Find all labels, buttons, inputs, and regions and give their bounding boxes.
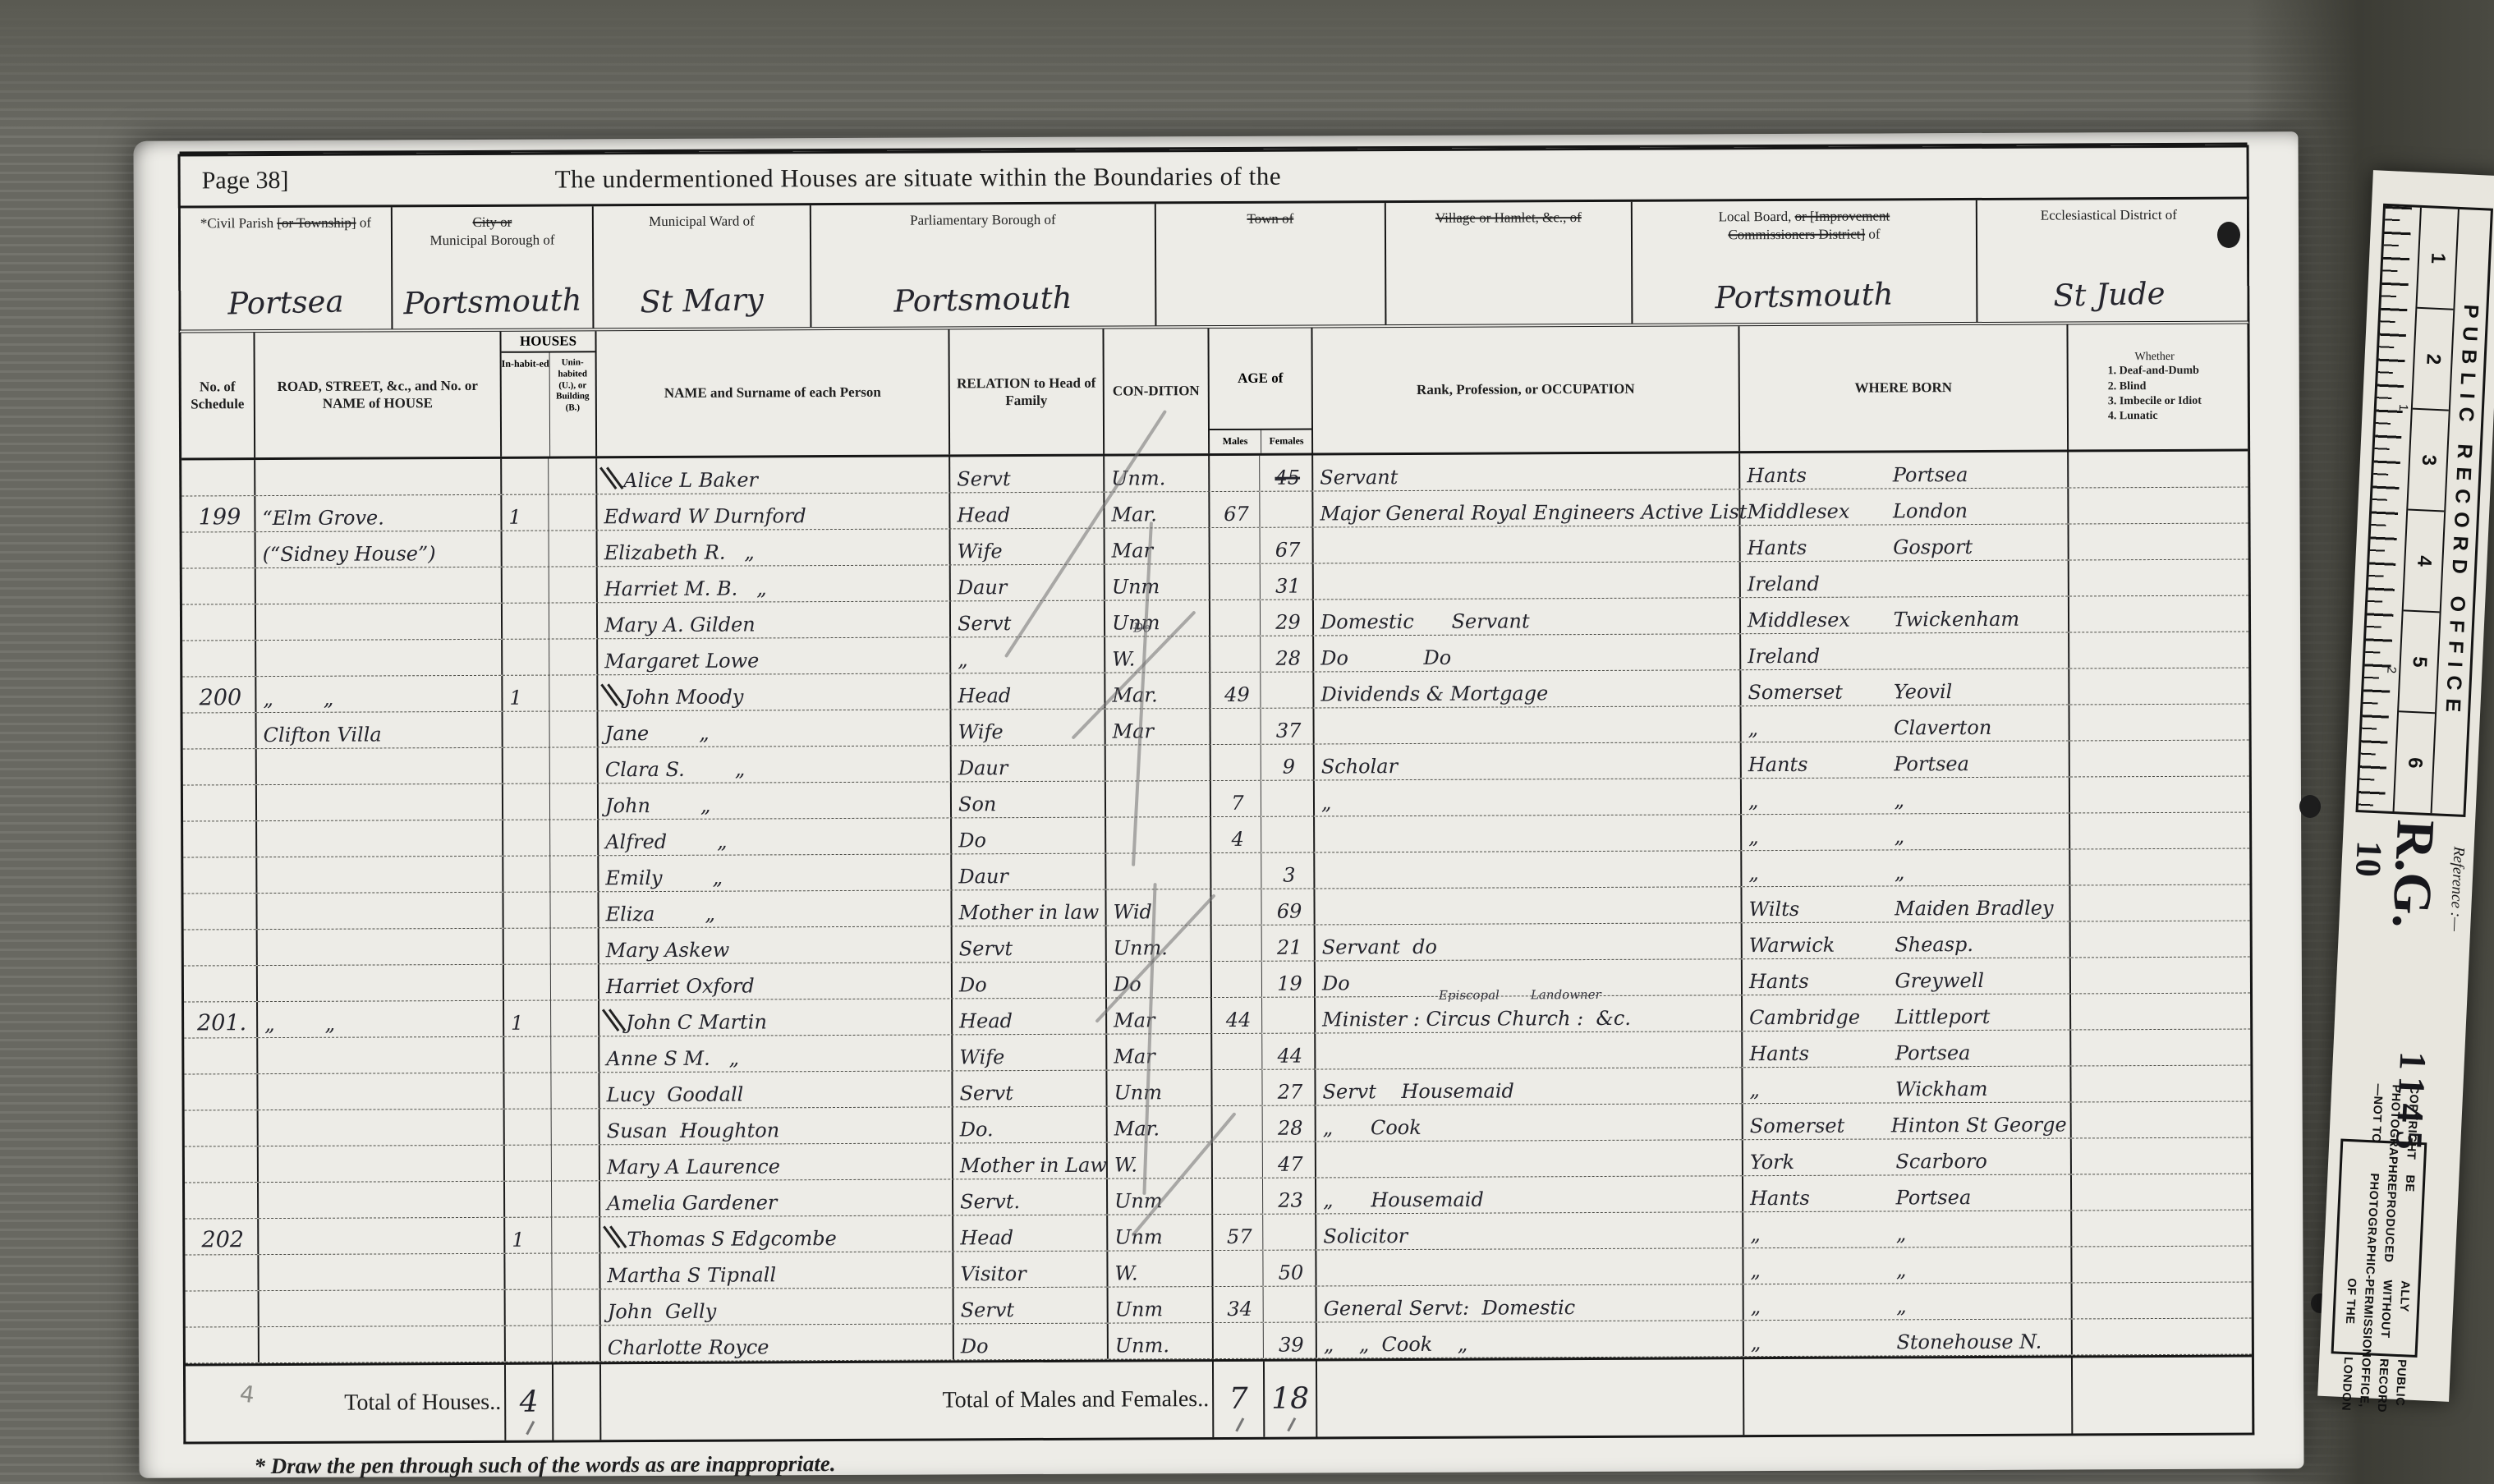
pencil-tick <box>1235 1417 1244 1431</box>
total-females-value: 18 <box>1263 1361 1316 1436</box>
uninhabited-cell <box>551 1217 599 1252</box>
age-female-cell <box>1261 997 1314 1032</box>
uninhabited-cell <box>548 494 595 530</box>
schedule-number-cell <box>185 1146 257 1182</box>
relation-cell: Head <box>951 999 1105 1035</box>
where-born-cell: „Wickham <box>1741 1066 2069 1103</box>
census-page: Page 38] The undermentioned Houses are s… <box>133 131 2303 1477</box>
where-born-cell: CambridgeLittleport <box>1741 994 2069 1031</box>
age-male-cell: 4 <box>1210 817 1261 852</box>
inhabited-cell <box>504 1290 552 1325</box>
occupation-cell: Dividends & Mortgage <box>1312 670 1739 707</box>
age-male-cell <box>1209 636 1260 672</box>
schedule-number-cell <box>184 1074 256 1110</box>
occupation-cell: „ <box>1313 779 1740 816</box>
condition-cell: Mar <box>1105 1034 1210 1070</box>
local-board-value: Portsmouth <box>1715 279 1894 314</box>
where-born-cell: SomersetHinton St George <box>1742 1102 2070 1139</box>
uninhabited-cell <box>552 1289 599 1325</box>
condition-cell <box>1105 781 1210 817</box>
schedule-number-cell <box>186 1291 258 1326</box>
infirmity-cell <box>2068 632 2242 668</box>
scale-number: 5 <box>2399 611 2440 714</box>
footnote: * Draw the pen through such of the words… <box>254 1446 2303 1477</box>
age-female-cell: 19 <box>1261 961 1314 996</box>
where-born-cell: „„ <box>1740 777 2069 814</box>
age-male-cell <box>1209 600 1260 636</box>
road-name-cell: „ „ <box>256 1001 503 1037</box>
uninhabited-cell <box>550 1036 598 1072</box>
condition-cell: Mar. <box>1103 492 1208 528</box>
schedule-number-cell <box>184 966 256 1001</box>
name-cell: Eliza „ <box>597 890 950 927</box>
occupation-cell <box>1313 887 1740 924</box>
schedule-number-cell: 202 <box>185 1219 257 1254</box>
scale-number: 3 <box>2408 410 2449 512</box>
where-born-cell: MiddlesexTwickenham <box>1739 596 2068 633</box>
condition-cell: Unm <box>1106 1178 1211 1215</box>
relation-cell: Wife <box>951 1035 1105 1071</box>
condition-cell: Unm <box>1106 1215 1211 1251</box>
name-cell: Anne S M. „ <box>598 1035 951 1072</box>
age-female-cell: 28 <box>1262 1105 1315 1141</box>
condition-cell: W. <box>1104 636 1209 673</box>
name-cell: Charlotte Royce <box>599 1324 953 1361</box>
enumeration-tick-mark <box>607 1225 623 1250</box>
occupation-cell <box>1312 706 1739 743</box>
pencil-annotation: 4 <box>238 1380 256 1408</box>
males-header: Males <box>1210 430 1261 453</box>
occupation-cell <box>1315 1140 1742 1177</box>
occupation-cell: „ Housemaid <box>1315 1176 1742 1213</box>
uninhabited-cell <box>550 1073 598 1108</box>
age-male-cell <box>1210 1034 1261 1069</box>
age-male-cell <box>1211 1251 1262 1286</box>
occupation-cell: Scholar <box>1313 742 1740 779</box>
name-cell: Alice L Baker <box>595 457 948 494</box>
reference-label: Reference :— <box>2446 846 2468 931</box>
infirmity-cell <box>2068 524 2242 560</box>
road-name-cell <box>255 857 502 893</box>
age-male-cell <box>1211 1142 1262 1178</box>
condition-cell <box>1105 745 1210 781</box>
infirmity-cell <box>2068 596 2242 632</box>
ecclesiastical-district-box: Ecclesiastical District of St Jude <box>1977 200 2241 322</box>
table-body: Alice L BakerServtUnm.45ServantHantsPort… <box>181 452 2252 1364</box>
road-name-cell <box>255 567 501 604</box>
infirmity-cell <box>2071 1319 2245 1355</box>
scale-number: 6 <box>2395 712 2435 813</box>
reference-item: 1145 <box>2387 1050 2434 1159</box>
uninhabited-cell <box>549 783 597 819</box>
local-board-box: Local Board, or [ImprovementCommissioner… <box>1633 200 1978 324</box>
uninhabited-cell <box>549 531 596 566</box>
infirmity-cell <box>2071 1283 2245 1319</box>
age-male-cell: 34 <box>1212 1287 1263 1322</box>
name-cell: Lucy Goodall <box>598 1071 951 1108</box>
age-female-cell: 45 <box>1259 456 1311 491</box>
name-cell: Margaret Lowe <box>596 637 949 674</box>
name-cell: Edward W Durnford <box>595 493 948 530</box>
uninhabited-cell <box>551 1109 599 1144</box>
name-cell: Amelia Gardener <box>599 1179 952 1216</box>
age-female-cell: 21 <box>1261 925 1314 960</box>
road-name-cell: Clifton Villa <box>255 712 502 748</box>
infirmity-cell <box>2069 958 2244 994</box>
total-houses-label: 4 Total of Houses.. <box>186 1365 504 1442</box>
schedule-number-cell <box>183 894 255 929</box>
relation-cell: Do <box>953 1324 1107 1360</box>
occupation-cell <box>1314 1031 1741 1068</box>
relation-cell: Wife <box>949 529 1104 565</box>
reference-series: R.G. <box>2381 819 2446 930</box>
infirmity-header: Whether 1. Deaf-and-Dumb2. Blind3. Imbec… <box>2066 324 2241 450</box>
inhabited-cell <box>502 748 549 783</box>
relation-cell: Head <box>952 1215 1106 1252</box>
age-male-cell <box>1210 962 1261 997</box>
pencil-tick <box>526 1421 535 1435</box>
age-female-cell: 69 <box>1261 889 1313 924</box>
relation-cell: Mother in law <box>950 890 1105 926</box>
page-number: Page 38] <box>181 166 555 195</box>
uninhabited-cell <box>549 603 596 638</box>
age-female-cell: 67 <box>1260 528 1312 563</box>
municipal-borough-value: Portsmouth <box>403 284 582 319</box>
age-male-cell <box>1210 853 1261 889</box>
schedule-number-cell <box>183 749 255 784</box>
uninhabited-cell <box>549 675 596 710</box>
inhabited-cell <box>501 604 549 639</box>
infirmity-cell <box>2069 777 2243 813</box>
name-cell: John „ <box>597 782 950 819</box>
village-hamlet-box: Village or Hamlet, &c., of <box>1386 202 1633 324</box>
inhabited-cell: 1 <box>503 1218 551 1253</box>
civil-parish-value: Portsea <box>227 286 344 319</box>
age-male-cell: 49 <box>1209 673 1260 708</box>
reference-piece: 10 <box>2348 840 2390 878</box>
schedule-number-cell <box>186 1327 258 1362</box>
table-header-row: No. of Schedule ROAD, STREET, &c., and N… <box>181 324 2248 461</box>
name-cell: John Gelly <box>599 1288 953 1325</box>
infirmity-cell <box>2069 921 2244 958</box>
age-male-cell: 57 <box>1211 1215 1262 1250</box>
schedule-number-cell <box>185 1183 257 1218</box>
age-female-cell: 44 <box>1261 1033 1314 1068</box>
where-born-cell: Ireland <box>1739 632 2068 669</box>
condition-cell: Mar <box>1104 709 1209 745</box>
schedule-number-cell <box>181 460 254 495</box>
condition-cell: Wid <box>1105 889 1210 926</box>
age-male-cell <box>1211 1178 1262 1214</box>
infirmity-cell <box>2067 488 2241 524</box>
uninhabited-cell <box>550 928 598 963</box>
civil-parish-box: *Civil Parish [or Township] of Portsea <box>181 207 393 329</box>
occupation-cell: Solicitor <box>1315 1212 1742 1249</box>
condition-cell: Mar <box>1104 528 1209 564</box>
schedule-number-cell <box>183 785 255 820</box>
inhabited-cell <box>500 459 548 494</box>
infirmity-cell <box>2067 452 2241 488</box>
photo-shadow-top <box>0 0 2494 131</box>
ink-blot <box>2217 222 2240 248</box>
name-cell: Jane „ <box>596 710 949 747</box>
where-born-cell: HantsPortsea <box>1742 1174 2070 1211</box>
where-born-header: WHERE BORN <box>1738 324 2067 451</box>
infirmity-cell <box>2070 1211 2244 1247</box>
age-female-cell: 28 <box>1260 636 1312 672</box>
district-boxes: *Civil Parish [or Township] of Portsea C… <box>178 197 2250 333</box>
where-born-cell: YorkScarboro <box>1742 1138 2070 1175</box>
inhabited-cell <box>501 567 549 603</box>
schedule-number-cell <box>183 857 255 893</box>
uninhabited-cell <box>548 458 595 494</box>
infirmity-cell <box>2070 1247 2244 1283</box>
occupation-cell: „ „ Cook „ <box>1316 1321 1743 1358</box>
where-born-cell: HantsPortsea <box>1738 452 2067 489</box>
infirmity-cell <box>2070 1174 2244 1211</box>
schedule-number-cell <box>185 1255 257 1290</box>
age-female-cell <box>1259 492 1311 527</box>
ink-blot <box>2299 795 2321 818</box>
schedule-header: No. of Schedule <box>181 333 254 457</box>
census-scan-scene: Page 38] The undermentioned Houses are s… <box>0 0 2494 1484</box>
road-name-cell <box>255 820 502 857</box>
occupation-cell: Servt Housemaid <box>1314 1068 1741 1105</box>
name-cell: Harriet M. B. „ <box>596 565 949 602</box>
condition-cell: UnmDo <box>1104 600 1209 636</box>
condition-header: CON-DITION <box>1102 329 1208 454</box>
occupation-cell: Major General Royal Engineers Active Lis… <box>1311 489 1738 526</box>
relation-cell: Servt <box>949 601 1104 637</box>
condition-cell: Mar. <box>1106 1106 1211 1142</box>
municipal-ward-value: St Mary <box>640 284 764 317</box>
name-cell: Martha S Tipnall <box>599 1252 952 1289</box>
infirmity-cell <box>2069 885 2243 921</box>
enumeration-tick-mark <box>604 466 620 491</box>
inhabited-cell <box>503 965 550 1000</box>
inhabited-cell <box>502 820 549 856</box>
age-female-cell <box>1261 816 1313 852</box>
name-cell: Alfred „ <box>597 818 950 855</box>
name-cell: Clara S. „ <box>597 746 950 783</box>
age-female-cell: 3 <box>1261 852 1313 888</box>
infirmity-cell <box>2070 1102 2244 1138</box>
inhabited-cell: 1 <box>501 676 549 711</box>
age-female-cell: 50 <box>1262 1250 1315 1285</box>
where-born-cell: Ireland <box>1739 560 2068 597</box>
road-name-cell <box>257 1146 503 1182</box>
schedule-number-cell <box>182 604 255 640</box>
relation-cell: Visitor <box>952 1252 1106 1288</box>
infirmity-cell <box>2069 1030 2244 1066</box>
condition-cell: Unm. <box>1107 1323 1212 1359</box>
road-header: ROAD, STREET, &c., and No. or NAME of HO… <box>253 332 500 457</box>
uninhabited-cell <box>549 747 597 783</box>
relation-cell: Son <box>950 782 1105 818</box>
town-box: Town of <box>1156 203 1387 325</box>
where-born-cell: HantsPortsea <box>1741 1030 2069 1067</box>
inhabited-cell: 1 <box>500 495 548 531</box>
schedule-number-cell <box>182 641 255 676</box>
relation-cell: Servt <box>951 926 1105 963</box>
inhabited-cell <box>503 1037 550 1073</box>
where-born-cell: „„ <box>1743 1283 2071 1320</box>
uninhabited-cell <box>549 711 596 747</box>
name-cell: Elizabeth R. „ <box>596 529 949 566</box>
relation-cell: Daur <box>950 746 1105 782</box>
scale-number: 2 <box>2413 309 2454 411</box>
where-born-cell: WarwickSheasp. <box>1741 921 2069 958</box>
condition-cell: Unm <box>1104 564 1209 600</box>
age-female-cell: 39 <box>1263 1322 1316 1358</box>
age-male-cell <box>1210 926 1261 961</box>
name-cell: Harriet Oxford <box>598 963 951 999</box>
condition-overwritten: Do <box>1133 622 1151 634</box>
where-born-cell: „„ <box>1742 1247 2070 1284</box>
inhabited-cell <box>502 784 549 820</box>
relation-cell: Servt <box>951 1071 1105 1107</box>
road-name-cell <box>256 1037 503 1073</box>
relation-cell: Do. <box>952 1107 1106 1143</box>
where-born-cell: „„ <box>1742 1211 2070 1247</box>
uninhabited-cell <box>549 639 596 674</box>
municipal-ward-box: Municipal Ward of St Mary <box>594 205 812 328</box>
road-name-cell <box>255 604 501 640</box>
road-name-cell <box>258 1326 504 1362</box>
schedule-number-cell: 200 <box>182 677 255 712</box>
uninhabited-cell <box>549 856 597 891</box>
inhabited-cell <box>503 1146 551 1181</box>
occupation-cell <box>1312 526 1739 563</box>
inhabited-cell <box>503 1254 551 1289</box>
occupation-cell <box>1315 1248 1742 1285</box>
road-name-cell <box>258 1290 504 1326</box>
inhabited-cell: 1 <box>503 1001 550 1036</box>
infirmity-cell <box>2068 560 2242 596</box>
age-male-cell: 67 <box>1208 492 1259 527</box>
ecclesiastical-district-value: St Jude <box>2053 278 2166 311</box>
census-table: No. of Schedule ROAD, STREET, &c., and N… <box>178 324 2254 1445</box>
occupation-cell: Domestic Servant <box>1312 598 1739 635</box>
name-cell: Mary Askew <box>598 926 951 963</box>
infirmity-cell <box>2068 705 2242 741</box>
age-male-cell: 7 <box>1210 781 1261 816</box>
scale-number: 1 <box>2417 208 2458 310</box>
reference-section: Reference :— R.G. 10 1145 <box>2329 811 2475 1144</box>
relation-cell: Daur <box>949 565 1104 601</box>
age-male-cell <box>1209 564 1260 600</box>
uninhabited-cell <box>549 567 596 602</box>
road-name-cell <box>257 1110 503 1146</box>
inhabited-cell <box>502 893 549 928</box>
road-name-cell <box>256 1073 503 1110</box>
age-female-cell <box>1263 1286 1316 1321</box>
uninhabited-cell <box>549 820 597 855</box>
road-name-cell <box>257 1182 503 1218</box>
occupation-cell <box>1312 562 1739 599</box>
uninhabited-cell <box>552 1325 599 1361</box>
age-male-cell <box>1210 745 1261 780</box>
road-name-cell <box>255 748 502 784</box>
uninhabited-cell <box>551 1181 599 1216</box>
occupation-cell: Servant do <box>1314 923 1741 960</box>
scale-number: 4 <box>2404 510 2445 613</box>
schedule-number-cell <box>183 821 255 857</box>
condition-cell <box>1105 817 1210 853</box>
condition-cell: W. <box>1106 1251 1211 1287</box>
uninhabited-cell <box>550 1000 598 1036</box>
relation-header: RELATION to Head of Family <box>948 329 1103 455</box>
uninhabited-cell <box>551 1253 599 1289</box>
age-male-cell <box>1210 889 1261 925</box>
name-cell: Emily „ <box>597 854 950 891</box>
schedule-number-cell <box>182 568 255 604</box>
pencil-tick <box>1287 1417 1296 1431</box>
relation-cell: Daur <box>950 854 1105 890</box>
age-female-cell: 37 <box>1260 708 1312 743</box>
copyright-notice: COPYRIGHT PHOTOGRAPH—NOT TOBE REPRODUCED… <box>2331 1139 2427 1358</box>
road-name-cell <box>257 1254 503 1290</box>
condition-cell: Unm. <box>1103 456 1208 492</box>
occupation-cell: Servant <box>1311 453 1738 490</box>
age-female-cell <box>1262 1214 1315 1249</box>
road-name-cell <box>256 965 503 1001</box>
total-houses-value: 4 <box>504 1365 552 1440</box>
municipal-borough-box: City orMunicipal Borough of Portsmouth <box>393 206 595 329</box>
schedule-number-cell <box>184 930 256 965</box>
relation-cell: „ <box>949 637 1104 673</box>
inhabited-cell <box>503 929 550 964</box>
inhabited-cell <box>503 1073 550 1109</box>
infirmity-cell <box>2069 849 2243 885</box>
occupation-interlineation: Episcopal Landowner <box>1439 989 1601 1002</box>
age-male-cell <box>1208 456 1259 491</box>
schedule-number-cell <box>183 713 255 748</box>
parliamentary-borough-box: Parliamentary Borough of Portsmouth <box>811 204 1157 327</box>
where-born-cell: WiltsMaiden Bradley <box>1740 885 2069 922</box>
schedule-number-cell <box>184 1038 256 1073</box>
occupation-cell: Do Do <box>1312 634 1739 671</box>
relation-cell: Servt. <box>952 1179 1106 1215</box>
infirmity-cell <box>2068 668 2242 705</box>
total-males-females-label: Total of Males and Females.. <box>599 1362 1212 1440</box>
relation-cell: Mother in Law <box>952 1143 1106 1179</box>
schedule-number-cell <box>182 532 255 567</box>
inhabited-cell <box>501 640 549 675</box>
uninhabited-header: Unin-habited (U.), or Building (B.) <box>549 352 596 456</box>
age-female-cell: 31 <box>1260 564 1312 600</box>
where-born-cell: HantsPortsea <box>1740 741 2069 778</box>
inhabited-cell <box>504 1326 552 1362</box>
road-name-cell: „ „ <box>255 676 501 712</box>
relation-cell: Servt <box>948 457 1103 493</box>
infirmity-cell <box>2070 1138 2244 1174</box>
page-header: Page 38] The undermentioned Houses are s… <box>178 145 2249 206</box>
age-male-cell <box>1209 709 1260 744</box>
name-cell: Susan Houghton <box>599 1107 952 1144</box>
name-header: NAME and Surname of each Person <box>595 329 948 456</box>
relation-cell: Do <box>951 963 1105 999</box>
where-born-cell: „„ <box>1740 849 2069 886</box>
relation-cell: Do <box>950 818 1105 854</box>
where-born-cell: „Claverton <box>1739 705 2068 742</box>
where-born-cell: „„ <box>1740 813 2069 850</box>
name-cell: John C Martin <box>598 999 951 1036</box>
uninhabited-cell <box>551 1145 599 1180</box>
age-female-cell <box>1261 780 1313 816</box>
inhabited-cell <box>501 531 549 567</box>
age-female-cell <box>1260 672 1312 707</box>
